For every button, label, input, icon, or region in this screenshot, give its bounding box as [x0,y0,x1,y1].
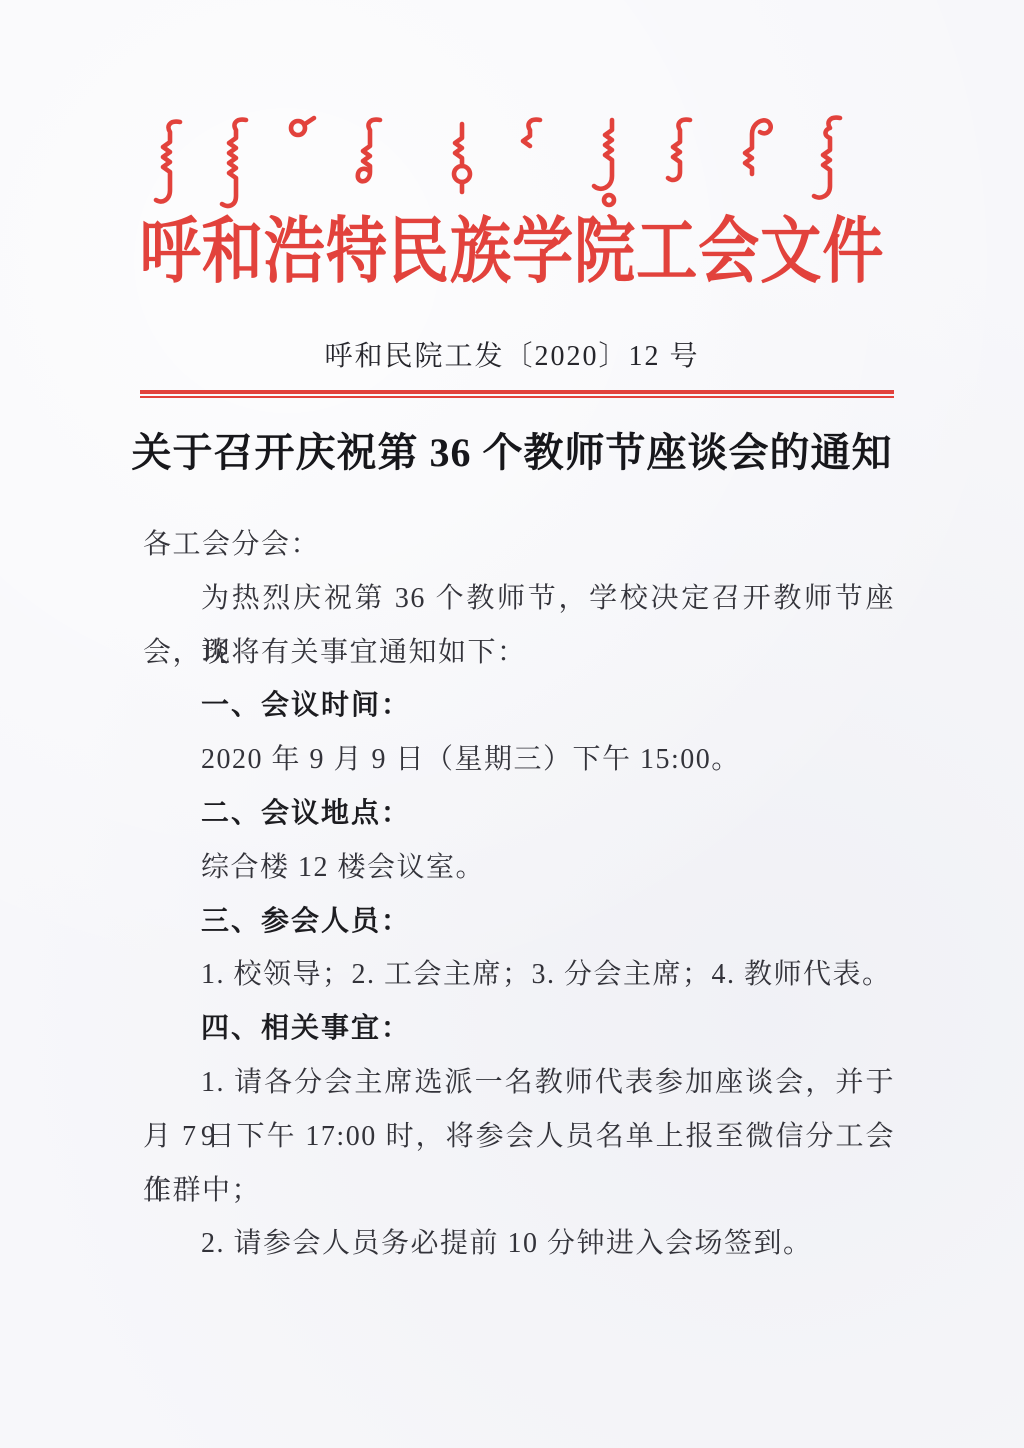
document-page: 呼和浩特民族学院工会文件 呼和民院工发〔2020〕12 号 关于召开庆祝第 36… [0,0,1024,1448]
body-line: 四、相关事宜： [143,1002,895,1056]
body-line: 2020 年 9 月 9 日（星期三）下午 15:00。 [143,733,895,787]
body-line: 1. 校领导；2. 工会主席；3. 分会主席；4. 教师代表。 [143,948,895,1002]
body-line: 1. 请各分会主席选派一名教师代表参加座谈会，并于 9 [143,1056,895,1110]
body-line: 三、参会人员： [143,895,895,949]
body-line: 月 7 日下午 17:00 时，将参会人员名单上报至微信分工会工 [143,1110,895,1164]
body-line: 综合楼 12 楼会议室。 [143,841,895,895]
body-line: 一、会议时间： [143,679,895,733]
mongolian-vertical-script-icon [150,112,870,218]
doc-number: 呼和民院工发〔2020〕12 号 [0,336,1024,378]
body-line: 为热烈庆祝第 36 个教师节，学校决定召开教师节座谈 [143,572,895,626]
body-line: 作群中； [143,1164,895,1218]
letterhead-org-title: 呼和浩特民族学院工会文件 [77,204,947,300]
body-line: 2. 请参会人员务必提前 10 分钟进入会场签到。 [143,1217,895,1271]
notice-title: 关于召开庆祝第 36 个教师节座谈会的通知 [0,424,1024,482]
red-rule-thin-line [140,396,894,398]
body-line: 二、会议地点： [143,787,895,841]
body-line: 会，现将有关事宜通知如下： [143,626,895,680]
notice-body: 各工会分会：为热烈庆祝第 36 个教师节，学校决定召开教师节座谈会，现将有关事宜… [143,518,895,1271]
body-line: 各工会分会： [143,518,895,572]
red-divider-rule [140,390,894,399]
